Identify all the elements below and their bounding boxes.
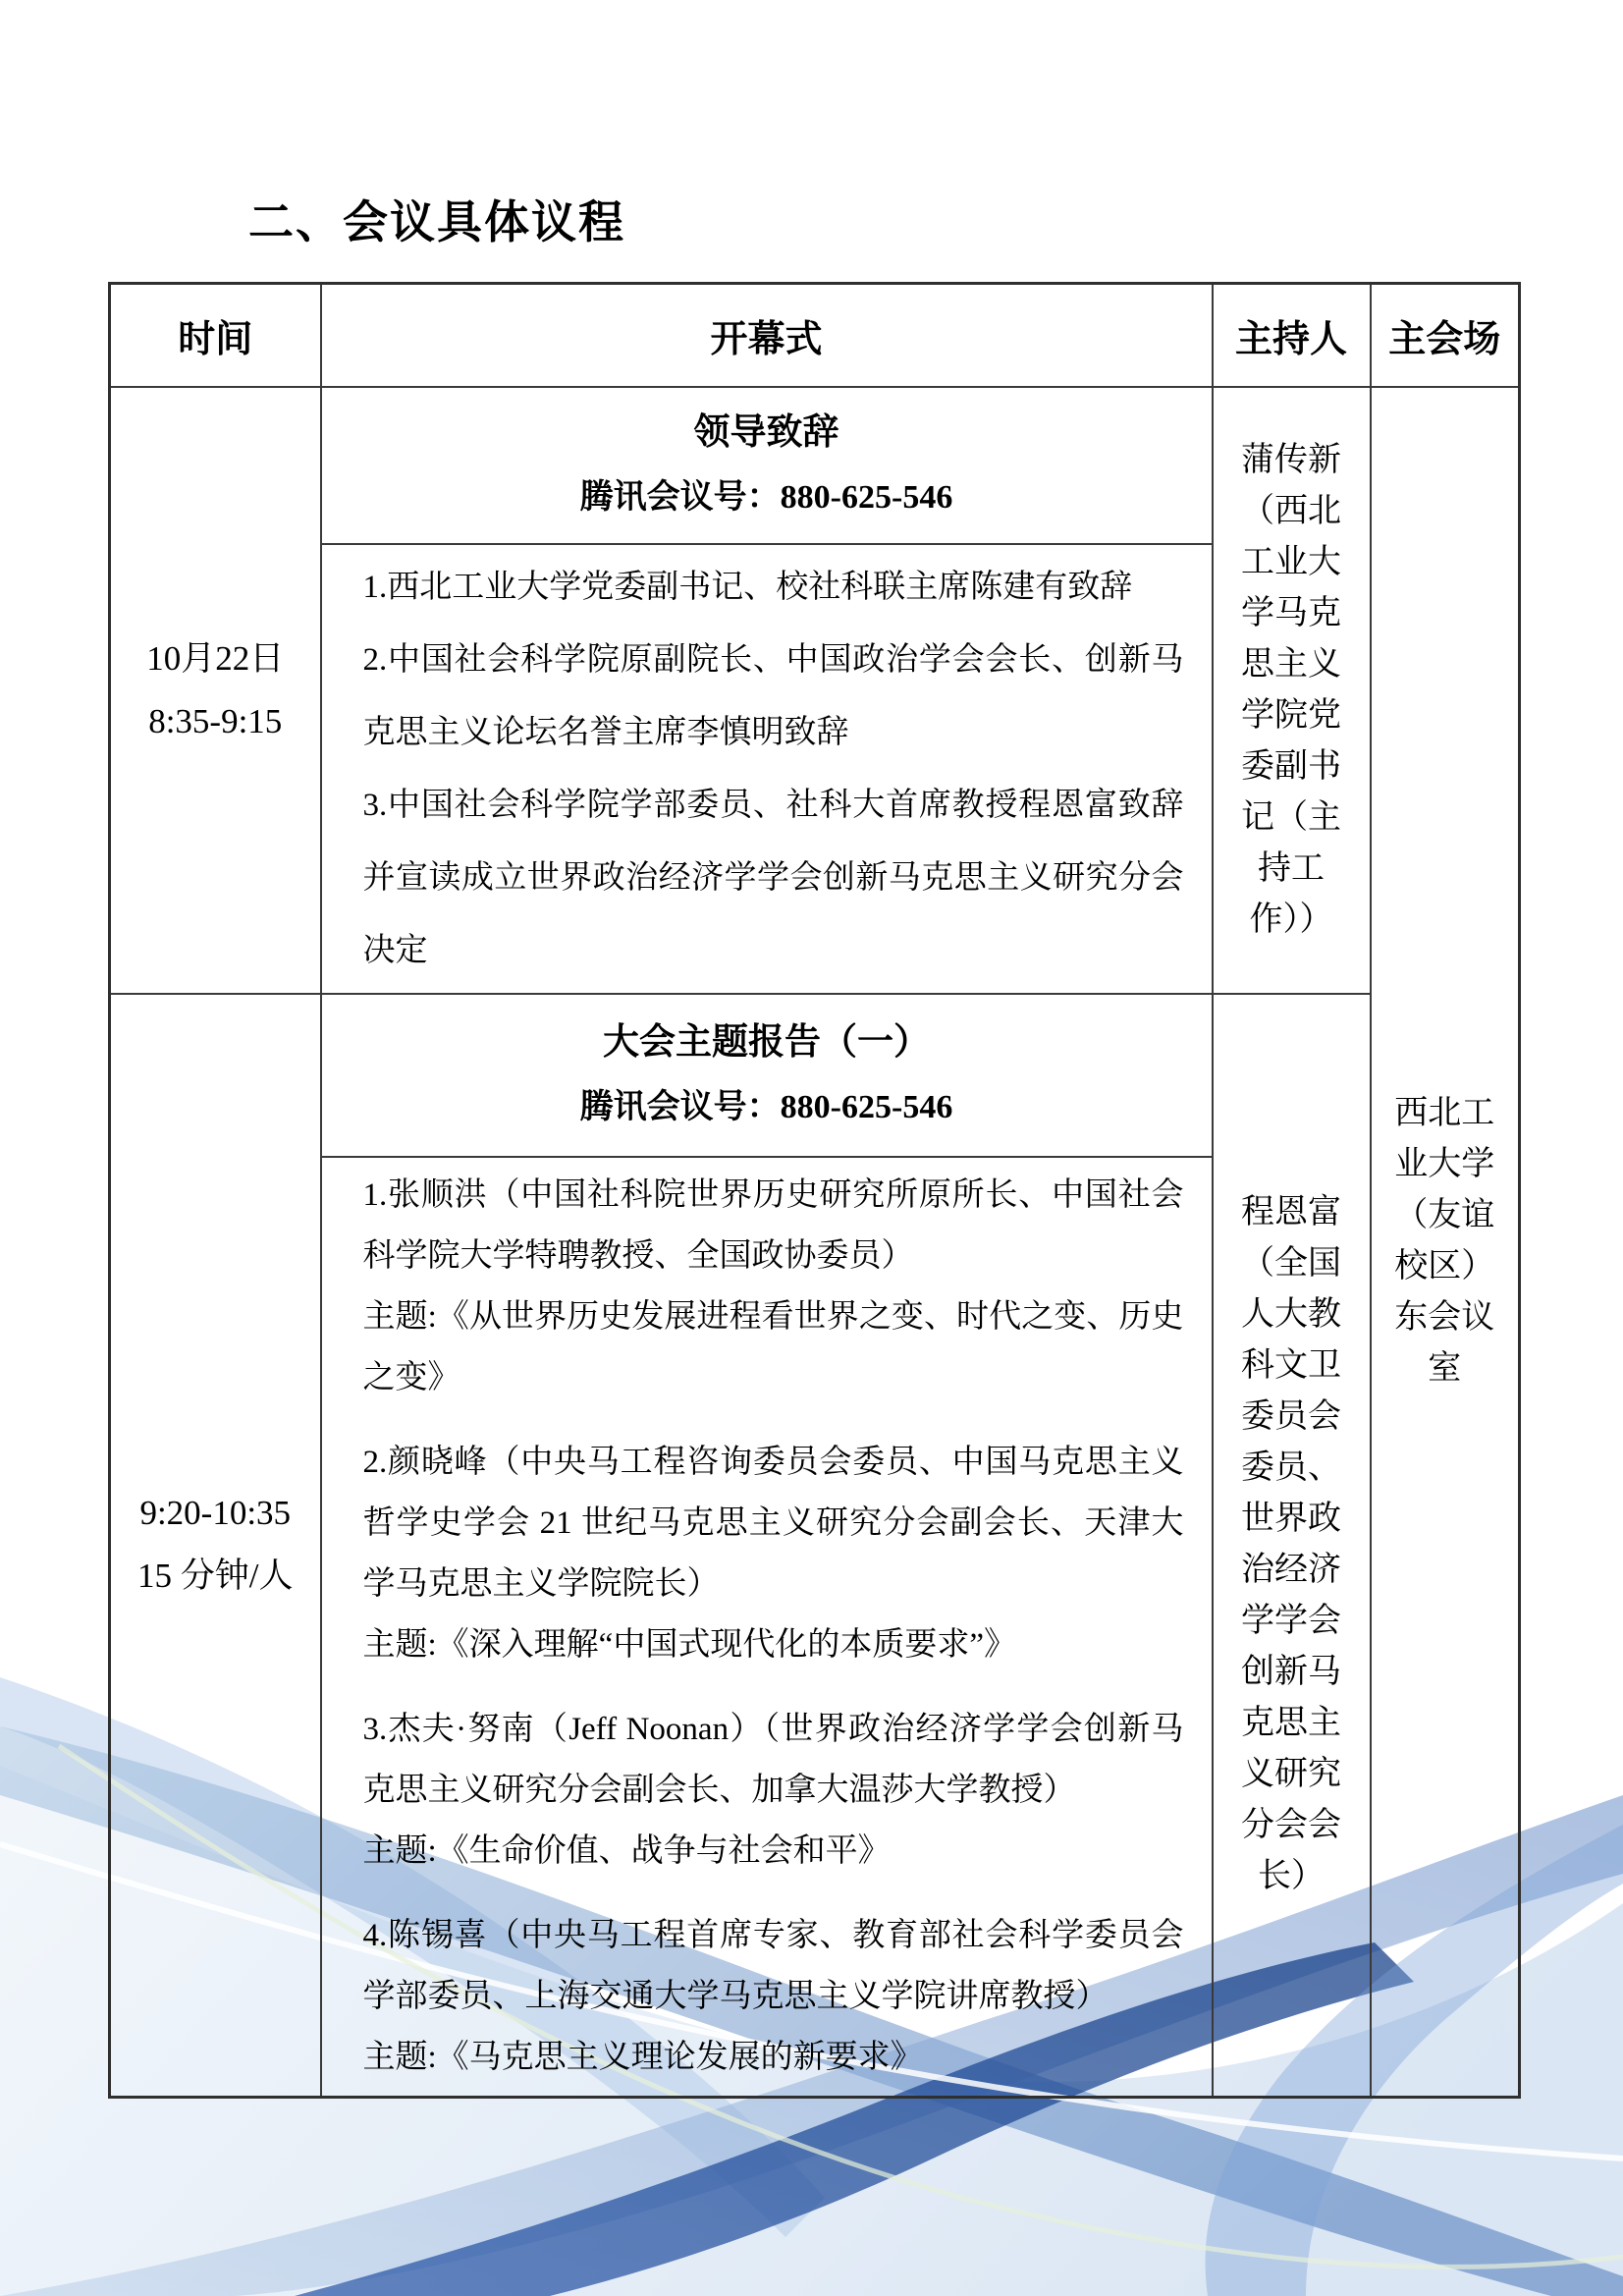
agenda-item-line: 主题:《生命价值、战争与社会和平》 <box>363 1821 1184 1882</box>
row2-time: 9:20-10:35 <box>112 1482 319 1545</box>
agenda-item: 1.西北工业大学党委副书记、校社科联主席陈建有致辞 <box>363 551 1184 624</box>
agenda-item-line: 3.中国社会科学院学部委员、社科大首席教授程恩富致辞并宣读成立世界政治经济学学会… <box>363 769 1184 987</box>
row2-host-cell: 程恩富（全国人大教科文卫委员会委员、世界政治经济学学会创新马克思主义研究分会会长… <box>1213 994 1371 2098</box>
session1-meeting-id: 腾讯会议号：880-625-546 <box>323 465 1211 530</box>
header-host: 主持人 <box>1213 284 1371 387</box>
agenda-item-line: 2.中国社会科学院原副院长、中国政治学会会长、创新马克思主义论坛名誉主席李慎明致… <box>363 624 1184 769</box>
table-header-row: 时间 开幕式 主持人 主会场 <box>110 284 1520 387</box>
agenda-item: 2.中国社会科学院原副院长、中国政治学会会长、创新马克思主义论坛名誉主席李慎明致… <box>363 624 1184 769</box>
document-page: 二、会议具体议程 时间 开幕式 主持人 主会场 10月22日 8:35-9:15… <box>0 0 1623 2296</box>
page-title: 二、会议具体议程 <box>248 187 625 251</box>
row1-session-title-cell: 领导致辞 腾讯会议号：880-625-546 <box>321 387 1213 544</box>
row1-session-header: 10月22日 8:35-9:15 领导致辞 腾讯会议号：880-625-546 … <box>110 387 1520 544</box>
agenda-item-line: 2.颜晓峰（中央马工程咨询委员会委员、中国马克思主义哲学史学会 21 世纪马克思… <box>363 1432 1184 1614</box>
venue-cell: 西北工业大学（友谊校区）东会议室 <box>1371 387 1520 2098</box>
row2-session-title-cell: 大会主题报告（一） 腾讯会议号：880-625-546 <box>321 994 1213 1157</box>
session1-title: 领导致辞 <box>323 401 1211 465</box>
agenda-item-line: 1.张顺洪（中国社科院世界历史研究所原所长、中国社会科学院大学特聘教授、全国政协… <box>363 1165 1184 1286</box>
row1-date: 10月22日 <box>112 628 319 690</box>
agenda-item-line: 主题:《从世界历史发展进程看世界之变、时代之变、历史之变》 <box>363 1286 1184 1408</box>
agenda-item: 4.陈锡喜（中央马工程首席专家、教育部社会科学委员会学部委员、上海交通大学马克思… <box>363 1905 1184 2088</box>
agenda-item: 3.杰夫·努南（Jeff Noonan）（世界政治经济学学会创新马克思主义研究分… <box>363 1699 1184 1882</box>
agenda-item-line: 1.西北工业大学党委副书记、校社科联主席陈建有致辞 <box>363 551 1184 624</box>
header-venue: 主会场 <box>1371 284 1520 387</box>
row1-time-cell: 10月22日 8:35-9:15 <box>110 387 321 994</box>
row2-items-cell: 1.张顺洪（中国社科院世界历史研究所原所长、中国社会科学院大学特聘教授、全国政协… <box>321 1157 1213 2098</box>
agenda-item: 1.张顺洪（中国社科院世界历史研究所原所长、中国社会科学院大学特聘教授、全国政协… <box>363 1165 1184 1408</box>
row1-items-cell: 1.西北工业大学党委副书记、校社科联主席陈建有致辞2.中国社会科学院原副院长、中… <box>321 544 1213 994</box>
header-session: 开幕式 <box>321 284 1213 387</box>
agenda-item-line: 主题:《深入理解“中国式现代化的本质要求”》 <box>363 1614 1184 1675</box>
row1-time: 8:35-9:15 <box>112 690 319 753</box>
agenda-table: 时间 开幕式 主持人 主会场 10月22日 8:35-9:15 领导致辞 腾讯会… <box>108 282 1521 2099</box>
agenda-item-line: 主题:《马克思主义理论发展的新要求》 <box>363 2027 1184 2088</box>
row2-duration: 15 分钟/人 <box>112 1545 319 1608</box>
session2-title: 大会主题报告（一） <box>323 1011 1211 1075</box>
agenda-item-line: 3.杰夫·努南（Jeff Noonan）（世界政治经济学学会创新马克思主义研究分… <box>363 1699 1184 1821</box>
row1-host-cell: 蒲传新（西北工业大学马克思主义学院党委副书记（主持工作）） <box>1213 387 1371 994</box>
agenda-item: 3.中国社会科学院学部委员、社科大首席教授程恩富致辞并宣读成立世界政治经济学学会… <box>363 769 1184 987</box>
row2-session-header: 9:20-10:35 15 分钟/人 大会主题报告（一） 腾讯会议号：880-6… <box>110 994 1520 1157</box>
header-time: 时间 <box>110 284 321 387</box>
row2-time-cell: 9:20-10:35 15 分钟/人 <box>110 994 321 2098</box>
agenda-item: 2.颜晓峰（中央马工程咨询委员会委员、中国马克思主义哲学史学会 21 世纪马克思… <box>363 1432 1184 1675</box>
session2-meeting-id: 腾讯会议号：880-625-546 <box>323 1075 1211 1140</box>
agenda-item-line: 4.陈锡喜（中央马工程首席专家、教育部社会科学委员会学部委员、上海交通大学马克思… <box>363 1905 1184 2027</box>
